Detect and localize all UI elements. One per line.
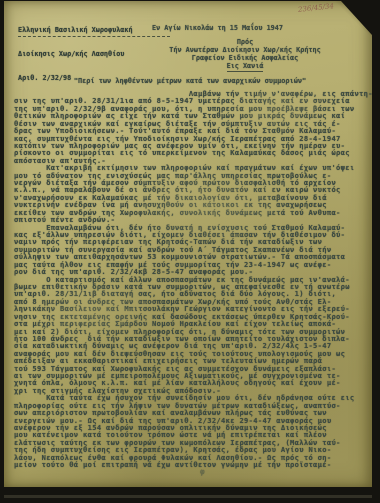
scanned-document-page: Ελληνική Βασιλική Χωροφυλακή Διοίκησις Χ… (0, 0, 380, 503)
letterhead-division: Διοίκησις Χωρ/κής Λασηθίου (18, 50, 133, 58)
recipient-line-1: Τήν Ανωτέραν Διοίκησιν Χωρ/κής Κρήτης (125, 46, 365, 54)
recipient-line-2: Γραφείον Ειδικής Ασφαλείας (125, 54, 365, 62)
handwritten-annotation: 236/45/34 (298, 2, 335, 14)
letterhead-org: Ελληνική Βασιλική Χωροφυλακή (18, 26, 133, 34)
ink-smudge: φ (199, 467, 206, 477)
underlying-sheet-edge (4, 495, 372, 498)
body-text: Λαμβάνω τήν τιμήν ν'αναφέρω, εις απάντη-… (14, 90, 370, 469)
letterhead-rule (18, 36, 170, 37)
recipient-city: Εις Χανιά (125, 62, 365, 72)
recipient-to-label: Πρός (125, 38, 365, 46)
subject-line: "Περί των ληφθέντων μέτρων κατά των αναρ… (20, 77, 360, 85)
paper-sheet: Ελληνική Βασιλική Χωροφυλακή Διοίκησις Χ… (4, 1, 372, 487)
torn-corner (341, 1, 372, 35)
dateline: Εν Αγίω Νικολάω τη 15 Μαΐου 1947 (152, 24, 283, 32)
recipient-block: Πρός Τήν Ανωτέραν Διοίκησιν Χωρ/κής Κρήτ… (125, 38, 365, 72)
body-line: μείον τούτο θά μοί επιτραπή νά έχω αντίθ… (14, 461, 370, 468)
